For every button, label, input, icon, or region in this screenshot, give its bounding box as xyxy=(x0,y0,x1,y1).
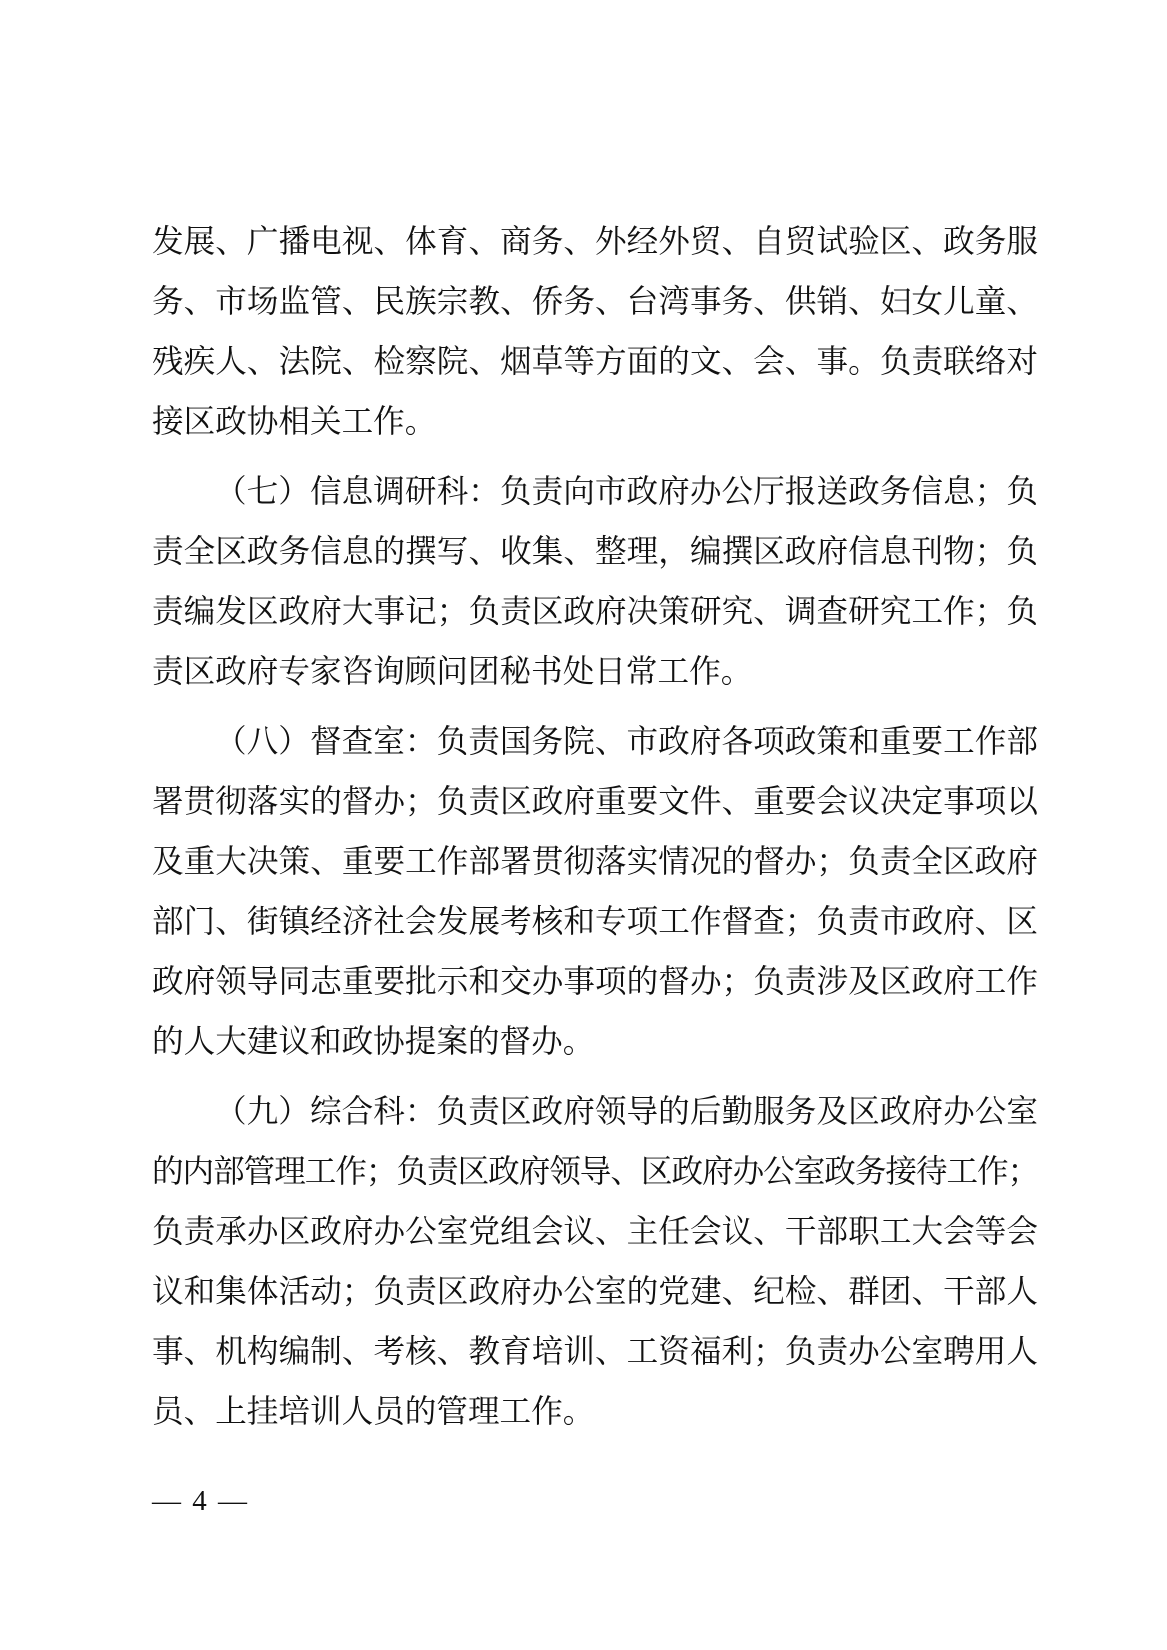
document-body: 发展、广播电视、体育、商务、外经外贸、自贸试验区、政务服务、市场监管、民族宗教、… xyxy=(152,212,1038,1442)
paragraph: （九）综合科：负责区政府领导的后勤服务及区政府办公室的内部管理工作；负责区政府领… xyxy=(152,1082,1038,1442)
document-page: 发展、广播电视、体育、商务、外经外贸、自贸试验区、政务服务、市场监管、民族宗教、… xyxy=(0,0,1167,1650)
text-line: 责编发区政府大事记；负责区政府决策研究、调查研究工作；负 xyxy=(152,582,1038,642)
text-line: （八）督查室：负责国务院、市政府各项政策和重要工作部 xyxy=(152,712,1038,772)
text-line: （七）信息调研科：负责向市政府办公厅报送政务信息；负 xyxy=(152,462,1038,522)
paragraph: （七）信息调研科：负责向市政府办公厅报送政务信息；负责全区政务信息的撰写、收集、… xyxy=(152,462,1038,702)
text-line: 务、市场监管、民族宗教、侨务、台湾事务、供销、妇女儿童、 xyxy=(152,272,1038,332)
text-line: 发展、广播电视、体育、商务、外经外贸、自贸试验区、政务服 xyxy=(152,212,1038,272)
paragraph: （八）督查室：负责国务院、市政府各项政策和重要工作部署贯彻落实的督办；负责区政府… xyxy=(152,712,1038,1072)
text-line: 负责承办区政府办公室党组会议、主任会议、干部职工大会等会 xyxy=(152,1202,1038,1262)
text-line: 及重大决策、重要工作部署贯彻落实情况的督办；负责全区政府 xyxy=(152,832,1038,892)
text-line: 事、机构编制、考核、教育培训、工资福利；负责办公室聘用人 xyxy=(152,1322,1038,1382)
text-line: 员、上挂培训人员的管理工作。 xyxy=(152,1382,1038,1442)
text-line: 署贯彻落实的督办；负责区政府重要文件、重要会议决定事项以 xyxy=(152,772,1038,832)
paragraph: 发展、广播电视、体育、商务、外经外贸、自贸试验区、政务服务、市场监管、民族宗教、… xyxy=(152,212,1038,452)
text-line: 议和集体活动；负责区政府办公室的党建、纪检、群团、干部人 xyxy=(152,1262,1038,1322)
text-line: 的内部管理工作；负责区政府领导、区政府办公室政务接待工作； xyxy=(152,1142,1038,1202)
text-line: 责区政府专家咨询顾问团秘书处日常工作。 xyxy=(152,642,1038,702)
text-line: 责全区政务信息的撰写、收集、整理，编撰区政府信息刊物；负 xyxy=(152,522,1038,582)
text-line: 政府领导同志重要批示和交办事项的督办；负责涉及区政府工作 xyxy=(152,952,1038,1012)
text-line: 的人大建议和政协提案的督办。 xyxy=(152,1012,1038,1072)
page-number: — 4 — xyxy=(152,1484,249,1518)
text-line: （九）综合科：负责区政府领导的后勤服务及区政府办公室 xyxy=(152,1082,1038,1142)
text-line: 接区政协相关工作。 xyxy=(152,392,1038,452)
text-line: 部门、街镇经济社会发展考核和专项工作督查；负责市政府、区 xyxy=(152,892,1038,952)
text-line: 残疾人、法院、检察院、烟草等方面的文、会、事。负责联络对 xyxy=(152,332,1038,392)
